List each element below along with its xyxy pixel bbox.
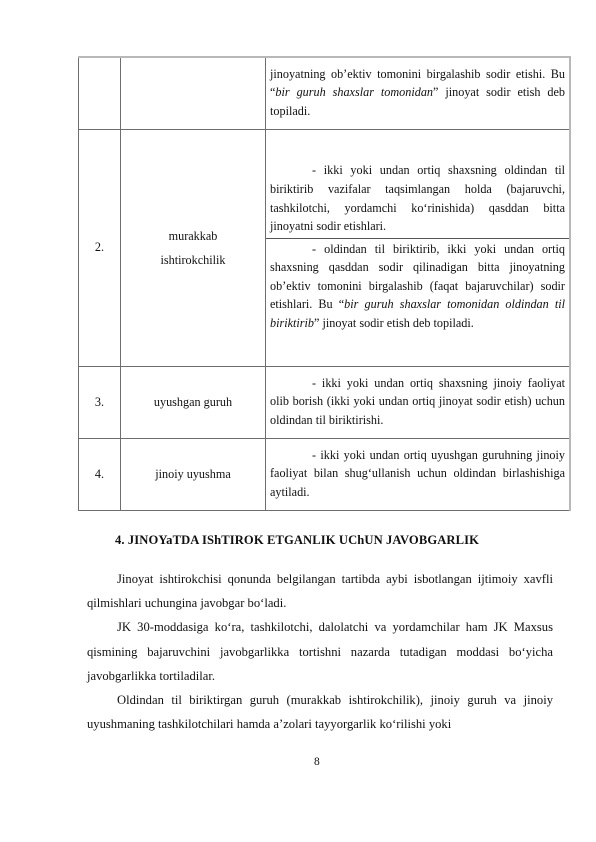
row-number: 3. <box>79 366 121 438</box>
paragraph-3: Oldindan til biriktirgan guruh (murakkab… <box>87 688 553 736</box>
description-text: - ikki yoki undan ortiq shaxsning oldind… <box>270 163 565 233</box>
participation-form-term: jinoiy uyushma <box>121 438 266 510</box>
section-body: Jinoyat ishtirokchisi qonunda belgilanga… <box>87 567 553 736</box>
participation-form-term: uyushgan guruh <box>121 366 266 438</box>
participation-form-term: murakkab ishtirokchilik <box>121 129 266 366</box>
paragraph-1: Jinoyat ishtirokchisi qonunda belgilanga… <box>87 567 553 615</box>
description-italic-quote: bir guruh shaxslar tomonidan <box>275 85 433 99</box>
paragraph-2: JK 30-moddasiga ko‘ra, tashkilotchi, dal… <box>87 615 553 688</box>
participation-forms-table: jinoyatning ob’ektiv tomonini birgalashi… <box>78 56 571 511</box>
table-row: jinoyatning ob’ektiv tomonini birgalashi… <box>79 57 571 129</box>
table-row: 2.murakkab ishtirokchilik- ikki yoki und… <box>79 129 571 366</box>
participation-form-description: jinoyatning ob’ektiv tomonini birgalashi… <box>266 57 571 129</box>
description-text: - ikki yoki undan ortiq uyushgan guruhni… <box>270 448 565 499</box>
participation-form-term <box>121 57 266 129</box>
table-row: 4.jinoiy uyushma- ikki yoki undan ortiq … <box>79 438 571 510</box>
table-row: 3.uyushgan guruh- ikki yoki undan ortiq … <box>79 366 571 438</box>
description-paragraph: - ikki yoki undan ortiq shaxsning oldind… <box>266 160 569 237</box>
participation-form-description: - ikki yoki undan ortiq uyushgan guruhni… <box>266 438 571 510</box>
row-number <box>79 57 121 129</box>
participation-form-description: - ikki yoki undan ortiq shaxsning jinoiy… <box>266 366 571 438</box>
description-paragraph: - oldindan til biriktirib, ikki yoki und… <box>266 238 569 335</box>
participation-form-description: - ikki yoki undan ortiq shaxsning oldind… <box>266 129 571 366</box>
description-paragraph: - ikki yoki undan ortiq uyushgan guruhni… <box>266 445 569 504</box>
row-number: 4. <box>79 438 121 510</box>
term-label: murakkab ishtirokchilik <box>143 224 243 272</box>
description-text: ” jinoyat sodir etish deb topiladi. <box>314 316 474 330</box>
row-number: 2. <box>79 129 121 366</box>
description-text: - ikki yoki undan ortiq shaxsning jinoiy… <box>270 376 565 427</box>
term-label: uyushgan guruh <box>154 390 232 414</box>
description-paragraph: jinoyatning ob’ektiv tomonini birgalashi… <box>266 64 569 123</box>
page-number: 8 <box>314 756 320 768</box>
description-paragraph: - ikki yoki undan ortiq shaxsning jinoiy… <box>266 373 569 432</box>
term-label: jinoiy uyushma <box>155 462 231 486</box>
section-heading: 4. JINOYaTDA IShTIROK ETGANLIK UChUN JAV… <box>115 533 479 548</box>
